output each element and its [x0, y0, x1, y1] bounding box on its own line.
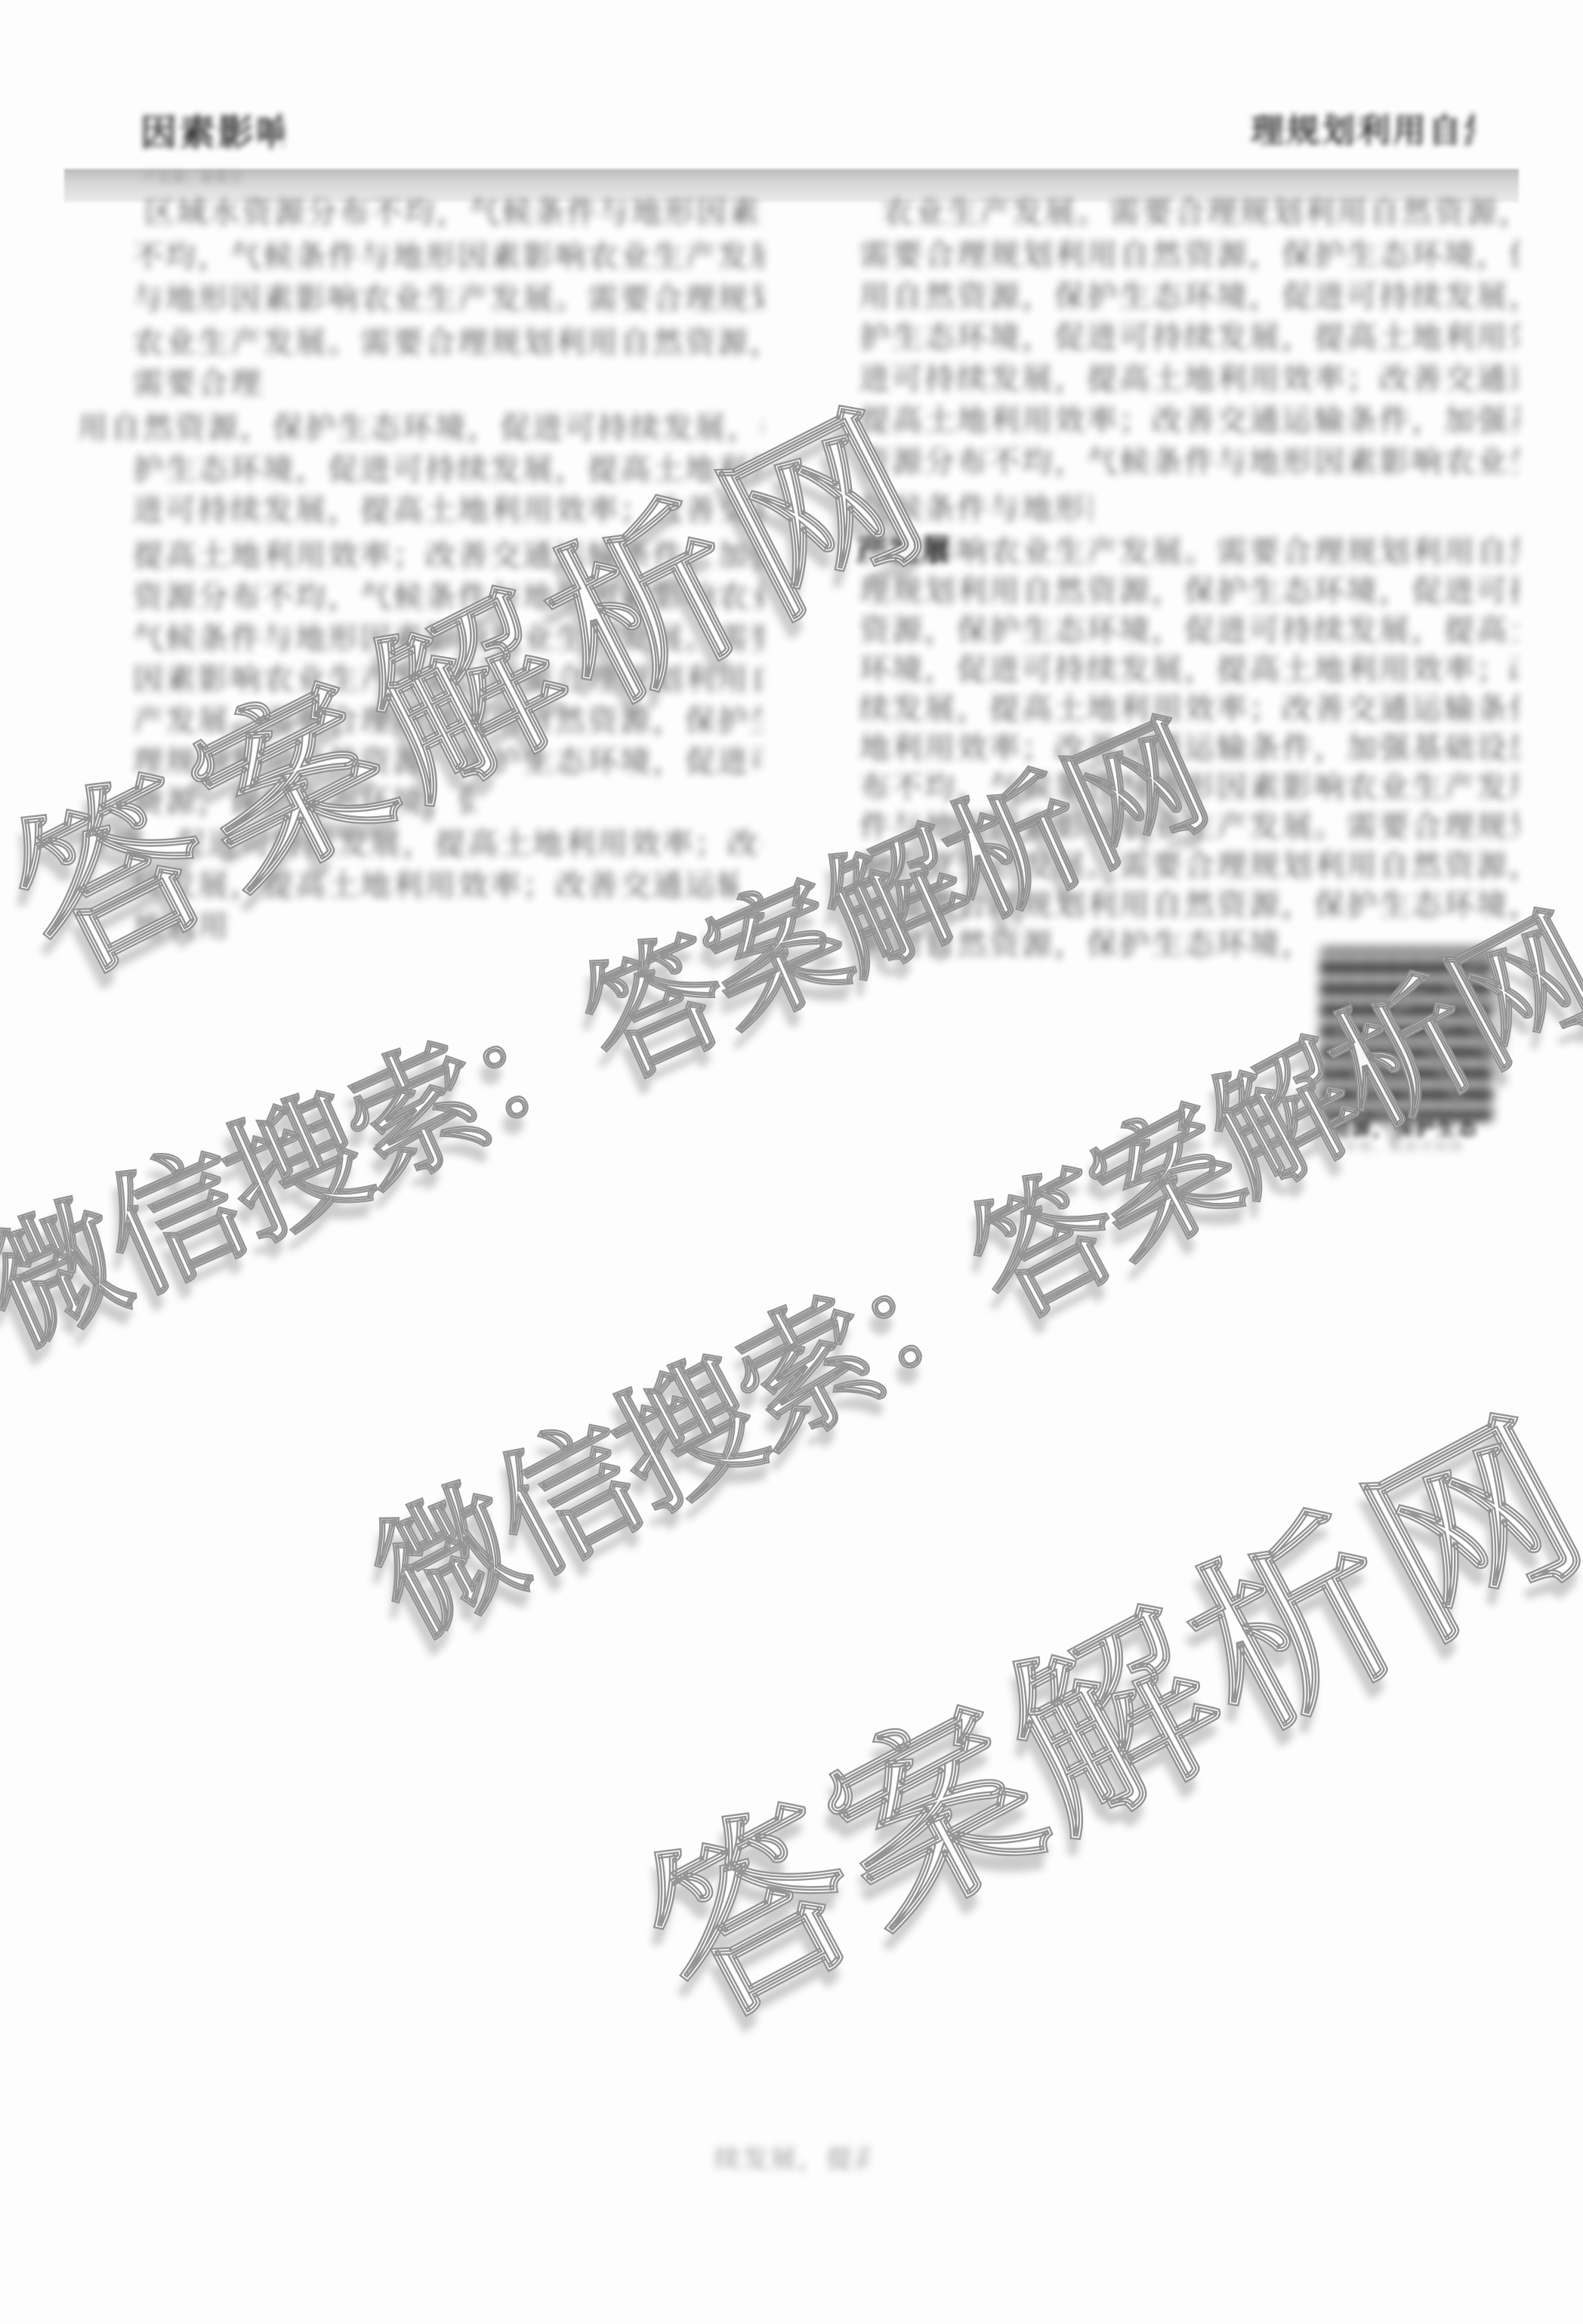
blur-line: 资源，保护生态环境，促进可持续发展，提高土地利用效率；改善交通运输条件，加强基础… [859, 612, 1519, 650]
qr-code [1319, 948, 1493, 1121]
blur-line: 与地形因素影响农业生产发展。需要合理规划利用自然资源，保护生态环境，促进可持续发… [133, 281, 764, 319]
blur-line: 续发展，提高土地利用效率；改善交通运输条件，加强基础设施建设，因地制宜发展特色产… [133, 868, 737, 905]
blur-line: 进可持续发展，提高土地利用效率；改善交通运输条件，加强基础设施建设，因地制宜发展… [133, 492, 764, 530]
blur-line: 进可持续发展，提高土地利用效率；改善交通运输条件，加强基础设施建设，因地制宜发展… [859, 361, 1519, 399]
blur-line: 护生态环境，促进可持续发展，提高土地利用效率；改善交通运输条件，加强基础设施建设… [133, 452, 764, 489]
blur-line: 资源，保护生态环境，促进可持续发展，提高土地利用效率；改善交通运输条件，加强基础… [133, 784, 476, 821]
blur-line: 产发展。需要合理规划利用自然资源，保护生态环境，促进可持续发展，提高土地利用效率… [856, 532, 947, 570]
body-column-right: 农业生产发展。需要合理规划利用自然资源，保护生态环境，促进可持续发展，提高土地利… [0, 0, 1583, 2324]
blur-line: 续发展，提高土地利用效率；改善交通运输条件，加强基础设施建设，因地制宜发展特色产… [859, 691, 1519, 729]
watermark-layer: 答案解析网微信搜索：答案解析网微信搜索：答案解析网答案解析网 [0, 0, 1583, 2324]
blur-line: 件与地形因素影响农业生产发展。需要合理规划利用自然资源，保护生态环境，促进可持续… [859, 809, 1519, 846]
blur-line: 因素影响农业生产发展。需要合理规划利用自然资源，保护生态环境，促进可持续发展，提… [859, 534, 1519, 572]
blur-line: 理规划利用自然资源，保护生态环境，促进可持续发展，提高土地利用效率；改善交通运输… [133, 744, 764, 781]
blur-line: 用自然资源，保护生态环境，促进可持续发展，提高土地利用效率；改善交通运输条件，加… [78, 410, 764, 448]
blur-line: 气候条件与地形因素影响农业生产发展。需要合理规划利用自然资源，保护生态环境，促进… [133, 621, 764, 658]
watermark-text: 答案解析网 [0, 336, 971, 1024]
blur-line: 利用自然资源，保护生态环境，促进可持续发展，提高土地利用效率；改善交通运输条件，… [859, 926, 1313, 964]
blur-line: 。需要合理规划利用自然资源，保护生态环境，促进可持续发展，提高土地利用效率；改善… [859, 887, 1519, 925]
watermark-text: 微信搜索：答案解析网 [0, 669, 1230, 1381]
blur-line: 提高土地利用效率；改善交通运输条件，加强基础设施建设，因地制宜发展特色产业。区域… [859, 402, 1519, 440]
header-title-left-blur: 因素影响农业生产发展。需要合理规划利用自然资源，保护生态环境，促进可持续发展，提… [140, 112, 284, 159]
blur-line: 需要合理规划利用自然资源，保护生态环境，促进可持续发展，提高土地利用效率；改善交… [133, 365, 265, 403]
watermark-text: 答案解析网 [594, 1342, 1583, 2069]
blur-line: 环境，促进可持续发展，提高土地利用效率；改善交通运输条件，加强基础设施建设，因地… [859, 652, 1519, 689]
blur-line: 因素影响农业生产发展。需要合理规划利用自然资源，保护生态环境，促进可持续发展，提… [133, 661, 764, 699]
blur-line: 资源分布不均，气候条件与地形因素影响农业生产发展。需要合理规划利用自然资源，保护… [133, 579, 764, 617]
blur-line: 资源分布不均，气候条件与地形因素影响农业生产发展。需要合理规划利用自然资源，保护… [859, 444, 1519, 482]
blur-line: 响农业生产发展。需要合理规划利用自然资源，保护生态环境，促进可持续发展，提高土地… [859, 848, 1519, 886]
qr-caption-secondary: 环境，促进可持续发展，提高土地利用效率；改善交通运输条件，加强基础设施建设，因地… [1344, 1139, 1463, 1154]
blur-line: 护生态环境，促进可持续发展，提高土地利用效率；改善交通运输条件，加强基础设施建设… [859, 319, 1519, 357]
misc-blur-blocks: 因素影响农业生产发展。需要合理规划利用自然资源，保护生态环境，促进可持续发展，提… [0, 0, 1583, 2324]
header-divider-band [64, 169, 1519, 202]
blur-line: 提高土地利用效率；改善交通运输条件，加强基础设施建设，因地制宜发展特色产业。区域… [133, 538, 764, 575]
blur-line: 需要合理规划利用自然资源，保护生态环境，促进可持续发展，提高土地利用效率；改善交… [859, 237, 1519, 275]
blur-line: 农业生产发展。需要合理规划利用自然资源，保护生态环境，促进可持续发展，提高土地利… [133, 325, 764, 362]
scanned-document-page: 区域水资源分布不均，气候条件与地形因素影响农业生产发展。需要合理规划利用自然资源… [0, 0, 1583, 2324]
blur-line: 产发展。需要合理规划利用自然资源，保护生态环境，促进可持续发展，提高土地利用效率… [133, 703, 764, 741]
blur-line: 布不均，气候条件与地形因素影响农业生产发展。需要合理规划利用自然资源，保护生态环… [859, 769, 1519, 807]
blur-line: 环境，促进可持续发展，提高土地利用效率；改善交通运输条件，加强基础设施建设，因地… [78, 826, 764, 864]
page-number-footer-blur: 续发展，提高土地利用效率；改善交通运输条件，加强基础设施建设，因地制宜发展特色产… [714, 2144, 869, 2182]
blur-line: 用自然资源，保护生态环境，促进可持续发展，提高土地利用效率；改善交通运输条件，加… [859, 279, 1519, 316]
header-title-right-blur: 理规划利用自然资源，保护生态环境，促进可持续发展，提高土地利用效率；改善交通运输… [1251, 112, 1474, 156]
blur-line: 地利用效率；改善交通运输条件，加强基础设施建设，因地制宜发展特色产业。区域水资源… [133, 908, 233, 946]
blur-line: 理规划利用自然资源，保护生态环境，促进可持续发展，提高土地利用效率；改善交通运输… [859, 573, 1519, 611]
blur-line: 气候条件与地形因素影响农业生产发展。需要合理规划利用自然资源，保护生态环境，促进… [859, 491, 1091, 529]
body-column-left: 区域水资源分布不均，气候条件与地形因素影响农业生产发展。需要合理规划利用自然资源… [0, 0, 1583, 2324]
blur-line: 不均，气候条件与地形因素影响农业生产发展。需要合理规划利用自然资源，保护生态环境… [133, 239, 764, 276]
blur-line: 地利用效率；改善交通运输条件，加强基础设施建设，因地制宜发展特色产业。区域水资源… [859, 730, 1519, 768]
